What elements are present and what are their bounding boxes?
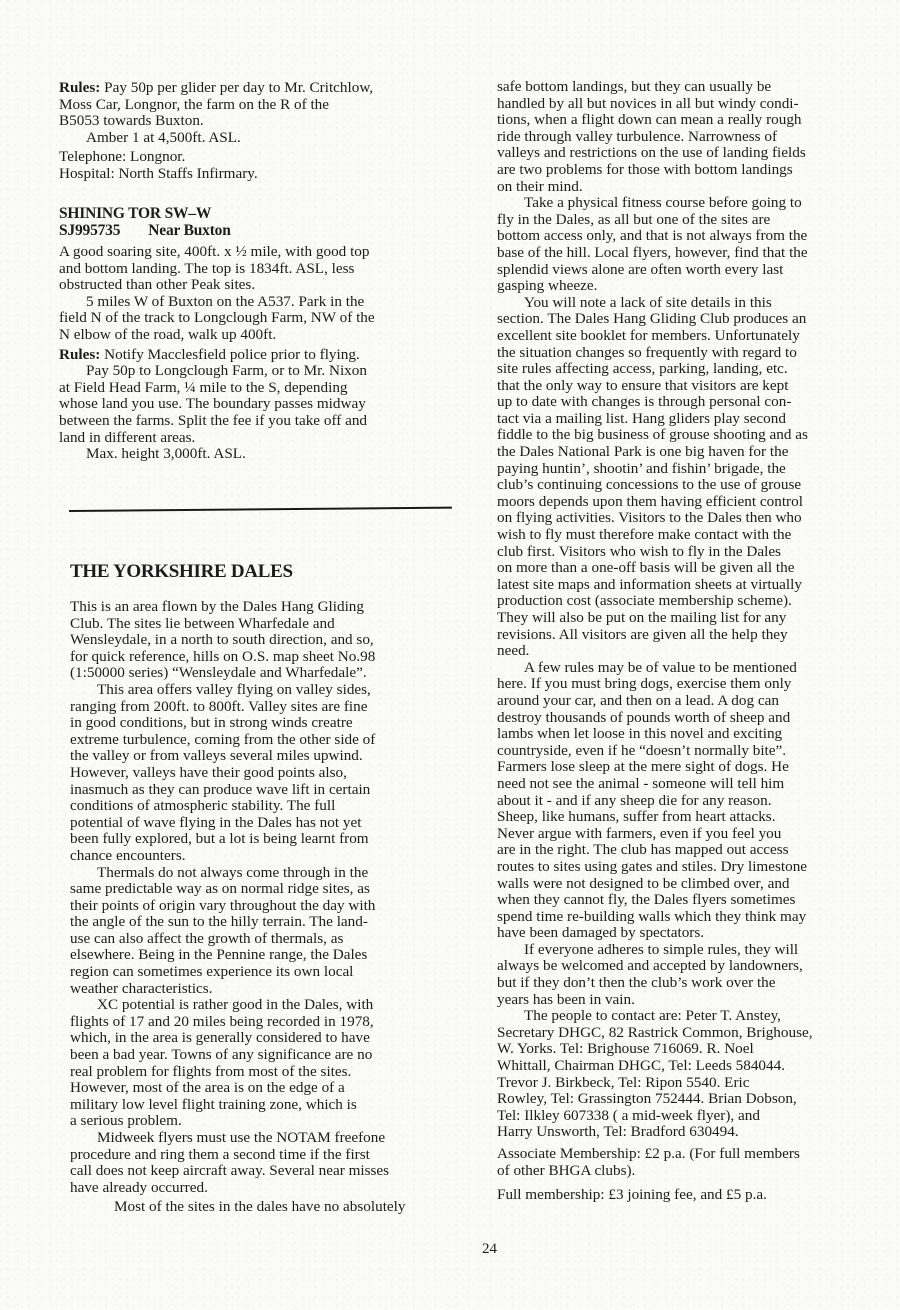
text-line: The people to contact are: Peter T. Anst… (497, 1008, 900, 1025)
text-line: on flying activities. Visitors to the Da… (497, 510, 900, 527)
text-line: excellent site booklet for members. Unfo… (497, 328, 900, 345)
text-line: Associate Membership: £2 p.a. (For full … (497, 1146, 900, 1163)
text-line: A good soaring site, 400ft. x ½ mile, wi… (59, 244, 469, 261)
text-line: elsewhere. Being in the Pennine range, t… (70, 947, 480, 964)
text-line: their points of origin vary throughout t… (70, 898, 480, 915)
text-line: weather characteristics. (70, 981, 480, 998)
text-line: However, valleys have their good points … (70, 765, 480, 782)
site-title: SHINING TOR SW–W (59, 205, 469, 222)
text-line: same predictable way as on normal ridge … (70, 881, 480, 898)
contacts-paragraph: The people to contact are: Peter T. Anst… (497, 1008, 900, 1141)
text-line: have already occurred. (70, 1180, 480, 1197)
text-line: B5053 towards Buxton. (59, 113, 469, 130)
text-line: Thermals do not always come through in t… (70, 865, 480, 882)
xc-paragraph: XC potential is rather good in the Dales… (70, 997, 480, 1130)
page-number: 24 (482, 1241, 497, 1258)
text-line: fly in the Dales, as all but one of the … (497, 212, 900, 229)
text-line: when they cannot fly, the Dales flyers s… (497, 892, 900, 909)
site-location: Near Buxton (148, 222, 230, 239)
site-reference: SJ995735Near Buxton (59, 222, 469, 239)
text-line: on their mind. (497, 179, 900, 196)
text-line: need. (497, 643, 900, 660)
text-line: conditions of atmospheric stability. The… (70, 798, 480, 815)
text-line: whose land you use. The boundary passes … (59, 396, 469, 413)
text-line: obstructed than other Peak sites. (59, 277, 469, 294)
text-line: here. If you must bring dogs, exercise t… (497, 676, 900, 693)
text-line: walls were not designed to be climbed ov… (497, 876, 900, 893)
text-line: use can also affect the growth of therma… (70, 931, 480, 948)
text-line: Moss Car, Longnor, the farm on the R of … (59, 97, 469, 114)
text-line: valleys and restrictions on the use of l… (497, 145, 900, 162)
rules-line: Rules: Pay 50p per glider per day to Mr.… (59, 80, 469, 97)
text-line: are two problems for those with bottom l… (497, 162, 900, 179)
thermals-paragraph: Thermals do not always come through in t… (70, 865, 480, 998)
text-line: the Dales National Park is one big haven… (497, 444, 900, 461)
text-line: Tel: Ilkley 607338 ( a mid-week flyer), … (497, 1108, 900, 1125)
text-line: Rowley, Tel: Grassington 752444. Brian D… (497, 1091, 900, 1108)
hospital-line: Hospital: North Staffs Infirmary. (59, 166, 469, 183)
text-line: Take a physical fitness course before go… (497, 195, 900, 212)
text-line: Farmers lose sleep at the mere sight of … (497, 759, 900, 776)
max-height: Max. height 3,000ft. ASL. (59, 446, 469, 463)
yorkshire-dales-section: THE YORKSHIRE DALES This is an area flow… (70, 561, 480, 1216)
text-line: the situation changes so frequently with… (497, 345, 900, 362)
right-column-text: safe bottom landings, but they can usual… (497, 79, 900, 1204)
text-line: up to date with changes is through perso… (497, 394, 900, 411)
text-line: lambs when let loose in this novel and e… (497, 726, 900, 743)
text-line: 5 miles W of Buxton on the A537. Park in… (59, 294, 469, 311)
text-line: Midweek flyers must use the NOTAM freefo… (70, 1130, 480, 1147)
text-line: military low level flight training zone,… (70, 1097, 480, 1114)
text-line: safe bottom landings, but they can usual… (497, 79, 900, 96)
text-line: ride through valley turbulence. Narrowne… (497, 129, 900, 146)
text-line: which, in the area is generally consider… (70, 1030, 480, 1047)
text-line: However, most of the area is on the edge… (70, 1080, 480, 1097)
rules-text: Pay 50p per glider per day to Mr. Critch… (100, 79, 373, 96)
site-rules-line: Rules: Notify Macclesfield police prior … (59, 347, 469, 364)
text-line: Secretary DHGC, 82 Rastrick Common, Brig… (497, 1025, 900, 1042)
text-line: fiddle to the big business of grouse sho… (497, 427, 900, 444)
shining-tor-section: SHINING TOR SW–W SJ995735Near Buxton A g… (59, 205, 469, 463)
text-line: Sheep, like humans, suffer from heart at… (497, 809, 900, 826)
text-line: need not see the animal - someone will t… (497, 776, 900, 793)
text-line: handled by all but novices in all but wi… (497, 96, 900, 113)
text-line: If everyone adheres to simple rules, the… (497, 942, 900, 959)
rules-paragraph: A few rules may be of value to be mentio… (497, 660, 900, 942)
text-line: inasmuch as they can produce wave lift i… (70, 782, 480, 799)
text-line: that the only way to ensure that visitor… (497, 378, 900, 395)
site-description: A good soaring site, 400ft. x ½ mile, wi… (59, 244, 469, 344)
text-line: Wensleydale, in a north to south directi… (70, 632, 480, 649)
text-line: about it - and if any sheep die for any … (497, 793, 900, 810)
text-line: land in different areas. (59, 430, 469, 447)
text-line: bottom access only, and that is not alwa… (497, 228, 900, 245)
text-line: A few rules may be of value to be mentio… (497, 660, 900, 677)
text-line: spend time re-building walls which they … (497, 909, 900, 926)
text-line: in good conditions, but in strong winds … (70, 715, 480, 732)
text-line: They will also be put on the mailing lis… (497, 610, 900, 627)
text-line: real problem for flights from most of th… (70, 1064, 480, 1081)
text-line: club’s continuing concessions to the use… (497, 477, 900, 494)
text-line: field N of the track to Longclough Farm,… (59, 310, 469, 327)
rules-label: Rules: (59, 346, 100, 363)
text-line: of other BHGA clubs). (497, 1163, 900, 1180)
rules-label: Rules: (59, 79, 100, 96)
section-divider (69, 507, 452, 512)
text-line: extreme turbulence, coming from the othe… (70, 732, 480, 749)
text-line: Never argue with farmers, even if you fe… (497, 826, 900, 843)
text-line: gasping wheeze. (497, 278, 900, 295)
text-line: have been damaged by spectators. (497, 925, 900, 942)
text-line: moors depends upon them having efficient… (497, 494, 900, 511)
section-title: THE YORKSHIRE DALES (70, 561, 480, 583)
text-line: potential of wave flying in the Dales ha… (70, 815, 480, 832)
airspace-note: Amber 1 at 4,500ft. ASL. (59, 130, 469, 147)
text-line: chance encounters. (70, 848, 480, 865)
text-line: but if they don’t then the club’s work o… (497, 975, 900, 992)
text-line: tact via a mailing list. Hang gliders pl… (497, 411, 900, 428)
landings-paragraph: safe bottom landings, but they can usual… (497, 79, 900, 195)
text-line: on more than a one-off basis will be giv… (497, 560, 900, 577)
telephone-line: Telephone: Longnor. (59, 149, 469, 166)
text-line: This area offers valley flying on valley… (70, 682, 480, 699)
text-line: Whittall, Chairman DHGC, Tel: Leeds 5840… (497, 1058, 900, 1075)
text-line: Harry Unsworth, Tel: Bradford 630494. (497, 1124, 900, 1141)
associate-membership: Associate Membership: £2 p.a. (For full … (497, 1146, 900, 1179)
text-line: routes to sites using gates and stiles. … (497, 859, 900, 876)
text-line: latest site maps and information sheets … (497, 577, 900, 594)
text-line: been a bad year. Towns of any significan… (70, 1047, 480, 1064)
site-details-paragraph: You will note a lack of site details in … (497, 295, 900, 660)
text-line: You will note a lack of site details in … (497, 295, 900, 312)
valley-paragraph: This area offers valley flying on valley… (70, 682, 480, 865)
text-line: the angle of the sun to the hilly terrai… (70, 914, 480, 931)
text-line: splendid views alone are often worth eve… (497, 262, 900, 279)
midweek-paragraph: Midweek flyers must use the NOTAM freefo… (70, 1130, 480, 1196)
adherence-paragraph: If everyone adheres to simple rules, the… (497, 942, 900, 1008)
text-line: wish to fly must therefore make contact … (497, 527, 900, 544)
text-line: at Field Head Farm, ¼ mile to the S, dep… (59, 380, 469, 397)
text-line: Club. The sites lie between Wharfedale a… (70, 616, 480, 633)
text-line: club first. Visitors who wish to fly in … (497, 544, 900, 561)
text-line: (1:50000 series) “Wensleydale and Wharfe… (70, 665, 480, 682)
text-line: region can sometimes experience its own … (70, 964, 480, 981)
text-line: procedure and ring them a second time if… (70, 1147, 480, 1164)
grid-ref: SJ995735 (59, 222, 120, 239)
text-line: section. The Dales Hang Gliding Club pro… (497, 311, 900, 328)
text-line: are in the right. The club has mapped ou… (497, 842, 900, 859)
fitness-paragraph: Take a physical fitness course before go… (497, 195, 900, 295)
text-line: Trevor J. Birkbeck, Tel: Ripon 5540. Eri… (497, 1075, 900, 1092)
intro-paragraph: This is an area flown by the Dales Hang … (70, 599, 480, 682)
text-line: flights of 17 and 20 miles being recorde… (70, 1014, 480, 1031)
text-line: production cost (associate membership sc… (497, 593, 900, 610)
text-line: and bottom landing. The top is 1834ft. A… (59, 261, 469, 278)
text-line: ranging from 200ft. to 800ft. Valley sit… (70, 699, 480, 716)
text-line: countryside, even if he “doesn’t normall… (497, 743, 900, 760)
text-line: call does not keep aircraft away. Severa… (70, 1163, 480, 1180)
text-line: been fully explored, but a lot is being … (70, 831, 480, 848)
text-line: tions, when a flight down can mean a rea… (497, 112, 900, 129)
text-line: XC potential is rather good in the Dales… (70, 997, 480, 1014)
text-line: Pay 50p to Longclough Farm, or to Mr. Ni… (59, 363, 469, 380)
text-line: paying huntin’, shootin’ and fishin’ bri… (497, 461, 900, 478)
text-line: W. Yorks. Tel: Brighouse 716069. R. Noel (497, 1041, 900, 1058)
text-line: Most of the sites in the dales have no a… (70, 1199, 480, 1216)
text-line: between the farms. Split the fee if you … (59, 413, 469, 430)
text-line: for quick reference, hills on O.S. map s… (70, 649, 480, 666)
text-line: the valley or from valleys several miles… (70, 748, 480, 765)
text-line: N elbow of the road, walk up 400ft. (59, 327, 469, 344)
text-line: destroy thousands of pounds worth of she… (497, 710, 900, 727)
full-membership: Full membership: £3 joining fee, and £5 … (497, 1187, 900, 1204)
text-line: This is an area flown by the Dales Hang … (70, 599, 480, 616)
text-line: a serious problem. (70, 1113, 480, 1130)
text-line: revisions. All visitors are given all th… (497, 627, 900, 644)
text-line: site rules affecting access, parking, la… (497, 361, 900, 378)
text-line: always be welcomed and accepted by lando… (497, 958, 900, 975)
longnor-rules-section: Rules: Pay 50p per glider per day to Mr.… (59, 80, 469, 183)
text-line: around your car, and then on a lead. A d… (497, 693, 900, 710)
text-line: base of the hill. Local flyers, however,… (497, 245, 900, 262)
rules-text: Notify Macclesfield police prior to flyi… (100, 346, 359, 363)
text-line: years has been in vain. (497, 992, 900, 1009)
